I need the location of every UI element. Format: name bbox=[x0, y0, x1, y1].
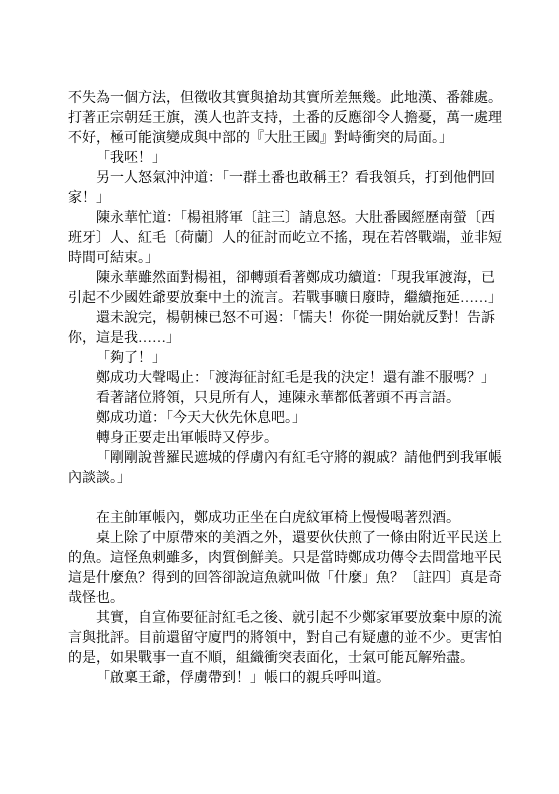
text-line: 的是，如果戰事一直不順，組織衝突表面化，士氣可能瓦解殆盡。 bbox=[68, 649, 494, 669]
text-line: 「剛剛說普羅民遮城的俘虜內有紅毛守將的親戚？請他們到我軍帳 bbox=[68, 449, 494, 469]
text-block: 不失為一個方法，但徵收其實與搶劫其實所差無幾。此地漢、番雜處。打著正宗朝廷王旗，… bbox=[68, 89, 494, 689]
text-line: 家！」 bbox=[68, 189, 494, 209]
text-line: 的魚。這怪魚刺雖多，肉質倒鮮美。只是當時鄭成功傳令去問當地平民 bbox=[68, 549, 494, 569]
text-line: 打著正宗朝廷王旗，漢人也許支持，土番的反應卻令人擔憂，萬一處理 bbox=[68, 109, 494, 129]
text-line: 「我呸！」 bbox=[68, 149, 494, 169]
text-line: 桌上除了中原帶來的美酒之外，還要伙伕煎了一條由附近平民送上 bbox=[68, 529, 494, 549]
text-line: 還未說完，楊朝棟已怒不可遏：「懦夫！你從一開始就反對！告訴 bbox=[68, 309, 494, 329]
text-line: 鄭成功大聲喝止：「渡海征討紅毛是我的決定！還有誰不服嗎？」 bbox=[68, 369, 494, 389]
text-line: 陳永華雖然面對楊祖，卻轉頭看著鄭成功續道：「現我軍渡海，已 bbox=[68, 269, 494, 289]
text-line: 引起不少國姓爺要放棄中土的流言。若戰事曠日廢時，繼續拖延……」 bbox=[68, 289, 494, 309]
text-line: 另一人怒氣沖沖道：「一群土番也敢稱王？看我領兵，打到他們回 bbox=[68, 169, 494, 189]
text-line: 陳永華忙道：「楊祖將軍〔註三〕請息怒。大肚番國經歷南螢〔西 bbox=[68, 209, 494, 229]
text-line: 班牙〕人、紅毛〔荷蘭〕人的征討而屹立不搖，現在若啓戰端，並非短 bbox=[68, 229, 494, 249]
text-line: 看著諸位將領，只見所有人，連陳永華都低著頭不再言語。 bbox=[68, 389, 494, 409]
text-line: 內談談。」 bbox=[68, 469, 494, 489]
text-line: 其實，自宣佈要征討紅毛之後、就引起不少鄭家軍要放棄中原的流 bbox=[68, 609, 494, 629]
text-line: 不失為一個方法，但徵收其實與搶劫其實所差無幾。此地漢、番雜處。 bbox=[68, 89, 494, 109]
text-line: 「啟稟王爺，俘虜帶到！」帳口的親兵呼叫道。 bbox=[68, 669, 494, 689]
text-line: 這是什麼魚？得到的回答卻說這魚就叫做「什麼」魚？〔註四〕真是奇 bbox=[68, 569, 494, 589]
text-line: 「夠了！」 bbox=[68, 349, 494, 369]
text-line: 言與批評。目前還留守廈門的將領中，對自己有疑慮的並不少。更害怕 bbox=[68, 629, 494, 649]
text-line: 你，這是我……」 bbox=[68, 329, 494, 349]
text-line: 哉怪也。 bbox=[68, 589, 494, 609]
text-line: 在主帥軍帳內，鄭成功正坐在白虎紋軍椅上慢慢喝著烈酒。 bbox=[68, 509, 494, 529]
text-line: 時間可結束。」 bbox=[68, 249, 494, 269]
text-line: 鄭成功道：「今天大伙先休息吧。」 bbox=[68, 409, 494, 429]
document-page: 不失為一個方法，但徵收其實與搶劫其實所差無幾。此地漢、番雜處。打著正宗朝廷王旗，… bbox=[0, 0, 559, 794]
text-line: 不好，極可能演變成與中部的『大肚王國』對峙衝突的局面。」 bbox=[68, 129, 494, 149]
text-line: 轉身正要走出軍帳時又停步。 bbox=[68, 429, 494, 449]
